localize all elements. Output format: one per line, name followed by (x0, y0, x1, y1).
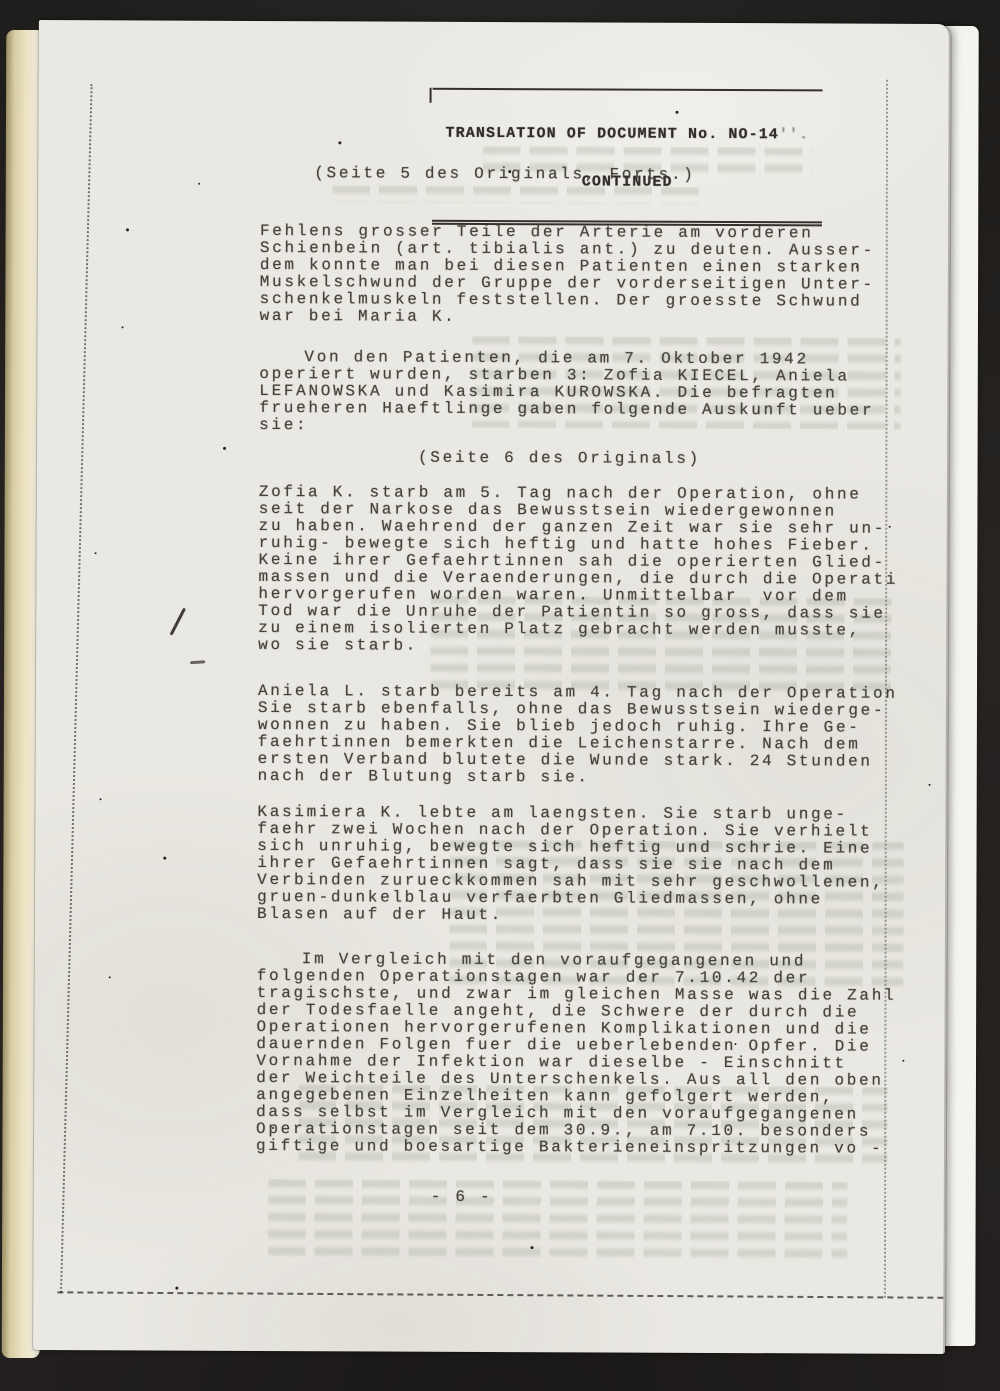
paragraph-kasimiera-k: Kasimiera K. lebte am laengsten. Sie sta… (257, 804, 885, 926)
copy-frame-bottom-line (57, 1291, 943, 1298)
bleedthrough-text (268, 1179, 848, 1260)
dust-speck (734, 1043, 736, 1045)
dust-speck (902, 1060, 904, 1062)
dust-speck (163, 857, 166, 860)
typed-line: wo sie starb. (258, 637, 898, 657)
section-heading-seite-6: (Seite 6 des Originals) (418, 450, 701, 468)
dust-speck (676, 111, 679, 114)
paragraph-im-vergleich: Im Vergleich mit den voraufgegangenen un… (256, 951, 897, 1158)
dust-speck (175, 1287, 178, 1290)
header-title-text: TRANSLATION OF DOCUMENT No. NO-14 (446, 125, 779, 143)
dust-speck (889, 526, 891, 528)
dust-speck (95, 552, 97, 554)
paragraph-aniela-l: Aniela L. starb bereits am 4. Tag nach d… (258, 683, 898, 788)
dust-speck (508, 170, 511, 173)
paragraph-von-den-patienten: Von den Patienten, die am 7. Oktober 194… (259, 349, 874, 437)
dust-speck (929, 784, 931, 786)
dust-speck (109, 976, 111, 978)
typed-line: frueheren Haeftlinge gaben folgende Ausk… (259, 400, 874, 420)
dust-speck (126, 228, 129, 231)
dust-speck (122, 326, 124, 328)
header-title: TRANSLATION OF DOCUMENT No. NO-14''. (432, 126, 822, 144)
page-number: - 6 - (431, 1189, 493, 1206)
typed-line: sie: (259, 417, 874, 437)
document-header-stamp: TRANSLATION OF DOCUMENT No. NO-14''. CON… (432, 88, 823, 227)
pen-dash (190, 660, 205, 664)
typed-line: Blasen auf der Haut. (257, 906, 884, 926)
typed-line: giftige und boesartige Bakterieneinsprit… (256, 1138, 896, 1158)
dust-speck (531, 1246, 534, 1249)
typed-line: nach der Blutung starb sie. (258, 768, 898, 788)
header-title-faded-suffix: ''. (779, 126, 809, 143)
copy-frame-left-line (60, 84, 93, 1293)
dust-speck (338, 141, 341, 144)
dust-speck (856, 266, 858, 268)
dust-speck (198, 183, 200, 185)
dust-speck (100, 798, 102, 800)
typed-line: war bei Maria K. (260, 308, 875, 328)
paragraph-fehlens: Fehlens grosser Teile der Arterie am vor… (260, 223, 876, 328)
pen-stroke (170, 608, 186, 636)
document-page: TRANSLATION OF DOCUMENT No. NO-14''. CON… (33, 20, 951, 1354)
paragraph-zofia-k: Zofia K. starb am 5. Tag nach der Operat… (258, 484, 898, 657)
dust-speck (223, 447, 226, 450)
dust-speck (272, 1127, 274, 1129)
section-heading-seite-5: (Seite 5 des Originals, Forts.) (314, 165, 695, 184)
